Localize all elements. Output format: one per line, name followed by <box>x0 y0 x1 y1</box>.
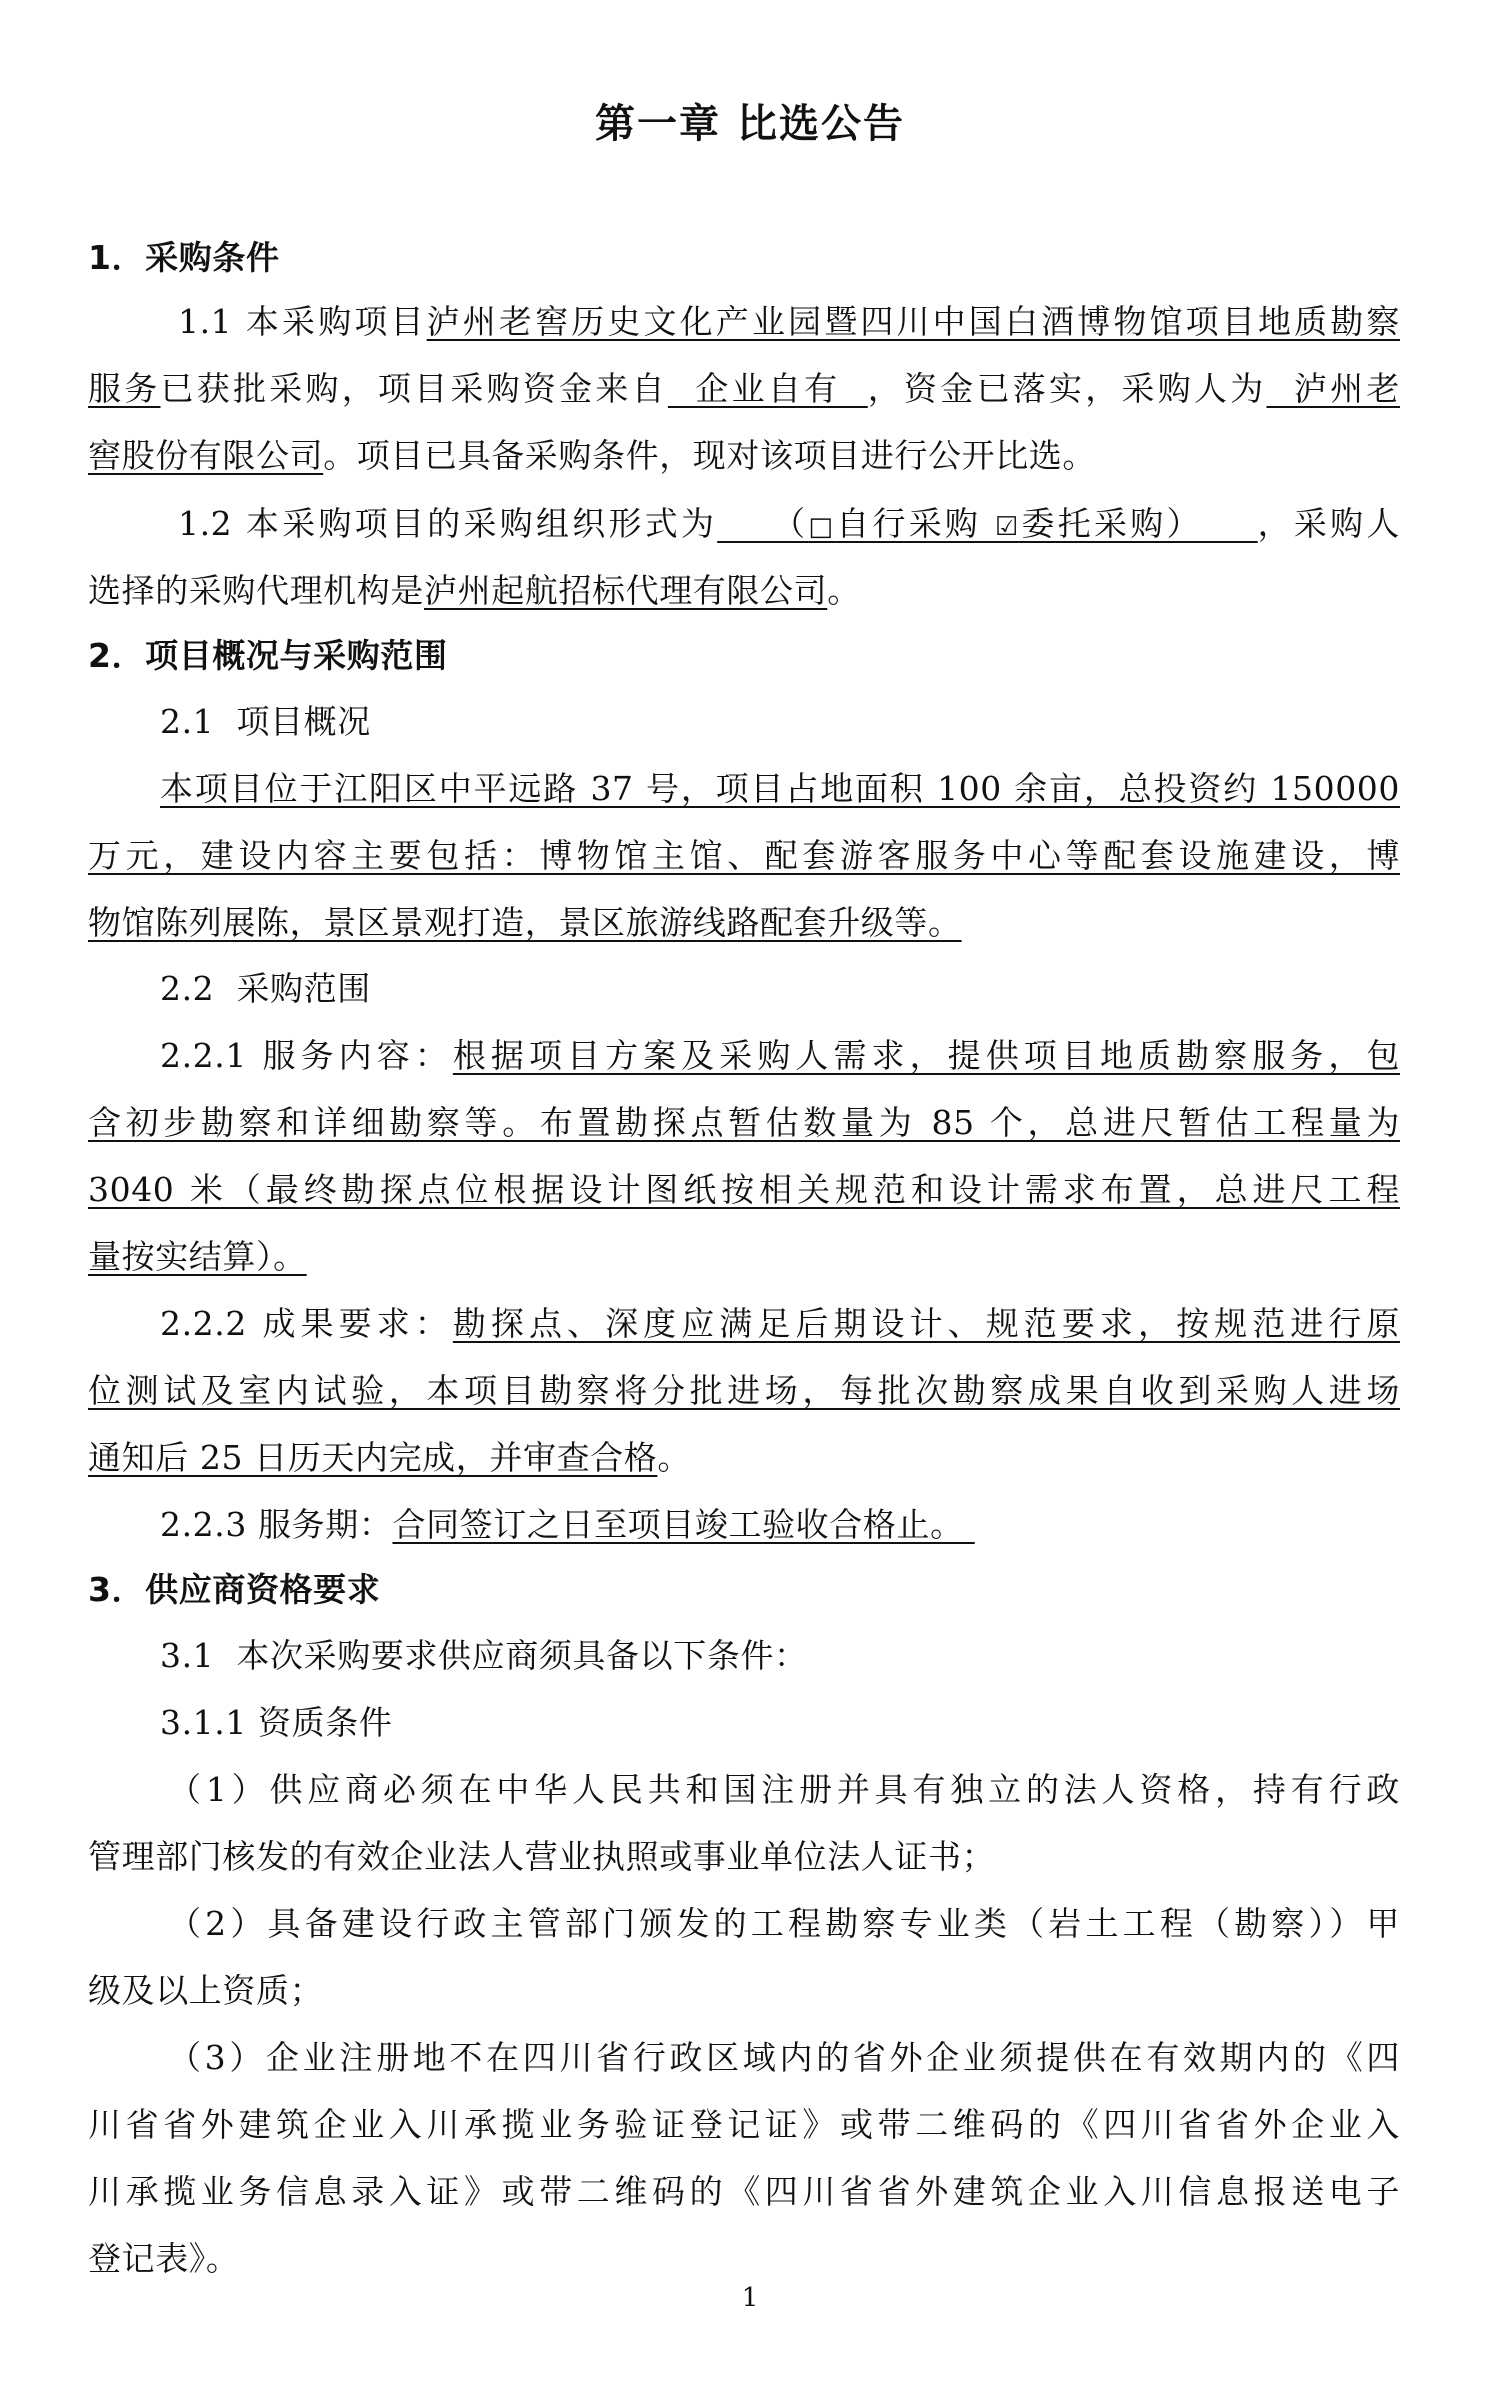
deliverable-line-1: 2.2.2 成果要求：勘探点、深度应满足后期设计、规范要求，按规范进行原 <box>160 1302 1400 1346</box>
section-1-heading: 1．采购条件 <box>88 236 1400 280</box>
text: （ <box>717 504 808 543</box>
page-number: 1 <box>0 2283 1500 2313</box>
funding-source: 企业自有 <box>668 369 868 408</box>
para-1-2-line-1: 1.2 本采购项目的采购组织形式为 （□自行采购 ☑委托采购） ，采购人 <box>178 502 1400 549</box>
para-1-1-line-3: 窖股份有限公司。项目已具备采购条件，现对该项目进行公开比选。 <box>88 434 1400 478</box>
qualification-2-line-2: 级及以上资质； <box>88 1969 1400 2013</box>
text: 勘探点、深度应满足后期设计、规范要求，按规范进行原 <box>453 1304 1400 1343</box>
text: 。 <box>657 1438 691 1477</box>
text: 根据项目方案及采购人需求，提供项目地质勘察服务，包 <box>453 1036 1400 1075</box>
text: 。 <box>827 571 861 610</box>
qualification-3-line-4: 登记表》。 <box>88 2237 1400 2281</box>
service-content-line-3: 3040 米（最终勘探点位根据设计图纸按相关规范和设计需求布置，总进尺工程 <box>88 1168 1400 1212</box>
qualification-3-line-3: 川承揽业务信息录入证》或带二维码的《四川省省外建筑企业入川信息报送电子 <box>88 2170 1400 2214</box>
option-self-procurement: 自行采购 <box>836 504 995 543</box>
option-entrusted-procurement: 委托采购） <box>1019 504 1258 543</box>
section-2-heading: 2．项目概况与采购范围 <box>88 634 1400 678</box>
agency-name: 泸州起航招标代理有限公司 <box>424 571 827 610</box>
purchaser-name: 泸州老 <box>1266 369 1400 408</box>
section-3-1-heading: 3.1 本次采购要求供应商须具备以下条件： <box>160 1634 1472 1678</box>
section-3-heading: 3．供应商资格要求 <box>88 1568 1400 1612</box>
qualification-3-line-2: 川省省外建筑企业入川承揽业务验证登记证》或带二维码的《四川省省外企业入 <box>88 2103 1400 2147</box>
text: 通知后 25 日历天内完成，并审查合格 <box>88 1438 657 1477</box>
service-content-line-4: 量按实结算）。 <box>88 1235 1400 1279</box>
text: 。项目已具备采购条件，现对该项目进行公开比选。 <box>323 436 1096 475</box>
label: 2.2.2 成果要求： <box>160 1304 453 1343</box>
text: 已获批采购，项目采购资金来自 <box>160 369 667 408</box>
qualification-1-line-1: （1）供应商必须在中华人民共和国注册并具有独立的法人资格，持有行政 <box>168 1768 1400 1812</box>
section-2-1-heading: 2.1 项目概况 <box>160 700 1472 744</box>
service-period-line: 2.2.3 服务期：合同签订之日至项目竣工验收合格止。 <box>160 1503 1472 1547</box>
qualification-2-line-1: （2）具备建设行政主管部门颁发的工程勘察专业类（岩土工程（勘察））甲 <box>168 1902 1400 1946</box>
para-1-1-line-1: 1.1 本采购项目泸州老窖历史文化产业园暨四川中国白酒博物馆项目地质勘察 <box>178 300 1400 344</box>
text: ，采购人 <box>1258 504 1400 543</box>
service-period: 合同签订之日至项目竣工验收合格止。 <box>392 1505 974 1544</box>
qualification-3-line-1: （3）企业注册地不在四川省行政区域内的省外企业须提供在有效期内的《四 <box>168 2036 1400 2080</box>
procurement-form: （□自行采购 ☑委托采购） <box>717 504 1257 543</box>
label: 2.2.3 服务期： <box>160 1505 392 1544</box>
label: 2.2.1 服务内容： <box>160 1036 453 1075</box>
section-2-2-heading: 2.2 采购范围 <box>160 967 1472 1011</box>
project-name-cont: 服务 <box>88 369 160 408</box>
project-name: 泸州老窖历史文化产业园暨四川中国白酒博物馆项目地质勘察 <box>427 302 1400 341</box>
service-content-line-2: 含初步勘察和详细勘察等。布置勘探点暂估数量为 85 个，总进尺暂估工程量为 <box>88 1101 1400 1145</box>
para-1-2-line-2: 选择的采购代理机构是泸州起航招标代理有限公司。 <box>88 569 1400 613</box>
text: 选择的采购代理机构是 <box>88 571 424 610</box>
para-1-1-line-2: 服务已获批采购，项目采购资金来自 企业自有 ，资金已落实，采购人为 泸州老 <box>88 367 1400 411</box>
text: ，资金已落实，采购人为 <box>868 369 1267 408</box>
project-overview-line-1: 本项目位于江阳区中平远路 37 号，项目占地面积 100 余亩，总投资约 150… <box>160 767 1400 811</box>
page-title: 第一章 比选公告 <box>0 92 1500 149</box>
deliverable-line-3: 通知后 25 日历天内完成，并审查合格。 <box>88 1436 1400 1480</box>
deliverable-line-2: 位测试及室内试验，本项目勘察将分批进场，每批次勘察成果自收到采购人进场 <box>88 1369 1400 1413</box>
text: 1.1 本采购项目 <box>178 302 427 341</box>
purchaser-name-cont: 窖股份有限公司 <box>88 436 323 475</box>
project-overview-line-2: 万元，建设内容主要包括：博物馆主馆、配套游客服务中心等配套设施建设，博 <box>88 834 1400 878</box>
qualification-1-line-2: 管理部门核发的有效企业法人营业执照或事业单位法人证书； <box>88 1835 1400 1879</box>
service-content-line-1: 2.2.1 服务内容：根据项目方案及采购人需求，提供项目地质勘察服务，包 <box>160 1034 1400 1078</box>
text: 1.2 本采购项目的采购组织形式为 <box>178 504 717 543</box>
checkbox-entrusted-procurement[interactable]: ☑ <box>995 512 1019 542</box>
checkbox-self-procurement[interactable]: □ <box>808 512 836 542</box>
project-overview-line-3: 物馆陈列展陈，景区景观打造，景区旅游线路配套升级等。 <box>88 901 1400 945</box>
document-page: 第一章 比选公告 1．采购条件 1.1 本采购项目泸州老窖历史文化产业园暨四川中… <box>0 0 1500 2402</box>
section-3-1-1-heading: 3.1.1 资质条件 <box>160 1701 1472 1745</box>
